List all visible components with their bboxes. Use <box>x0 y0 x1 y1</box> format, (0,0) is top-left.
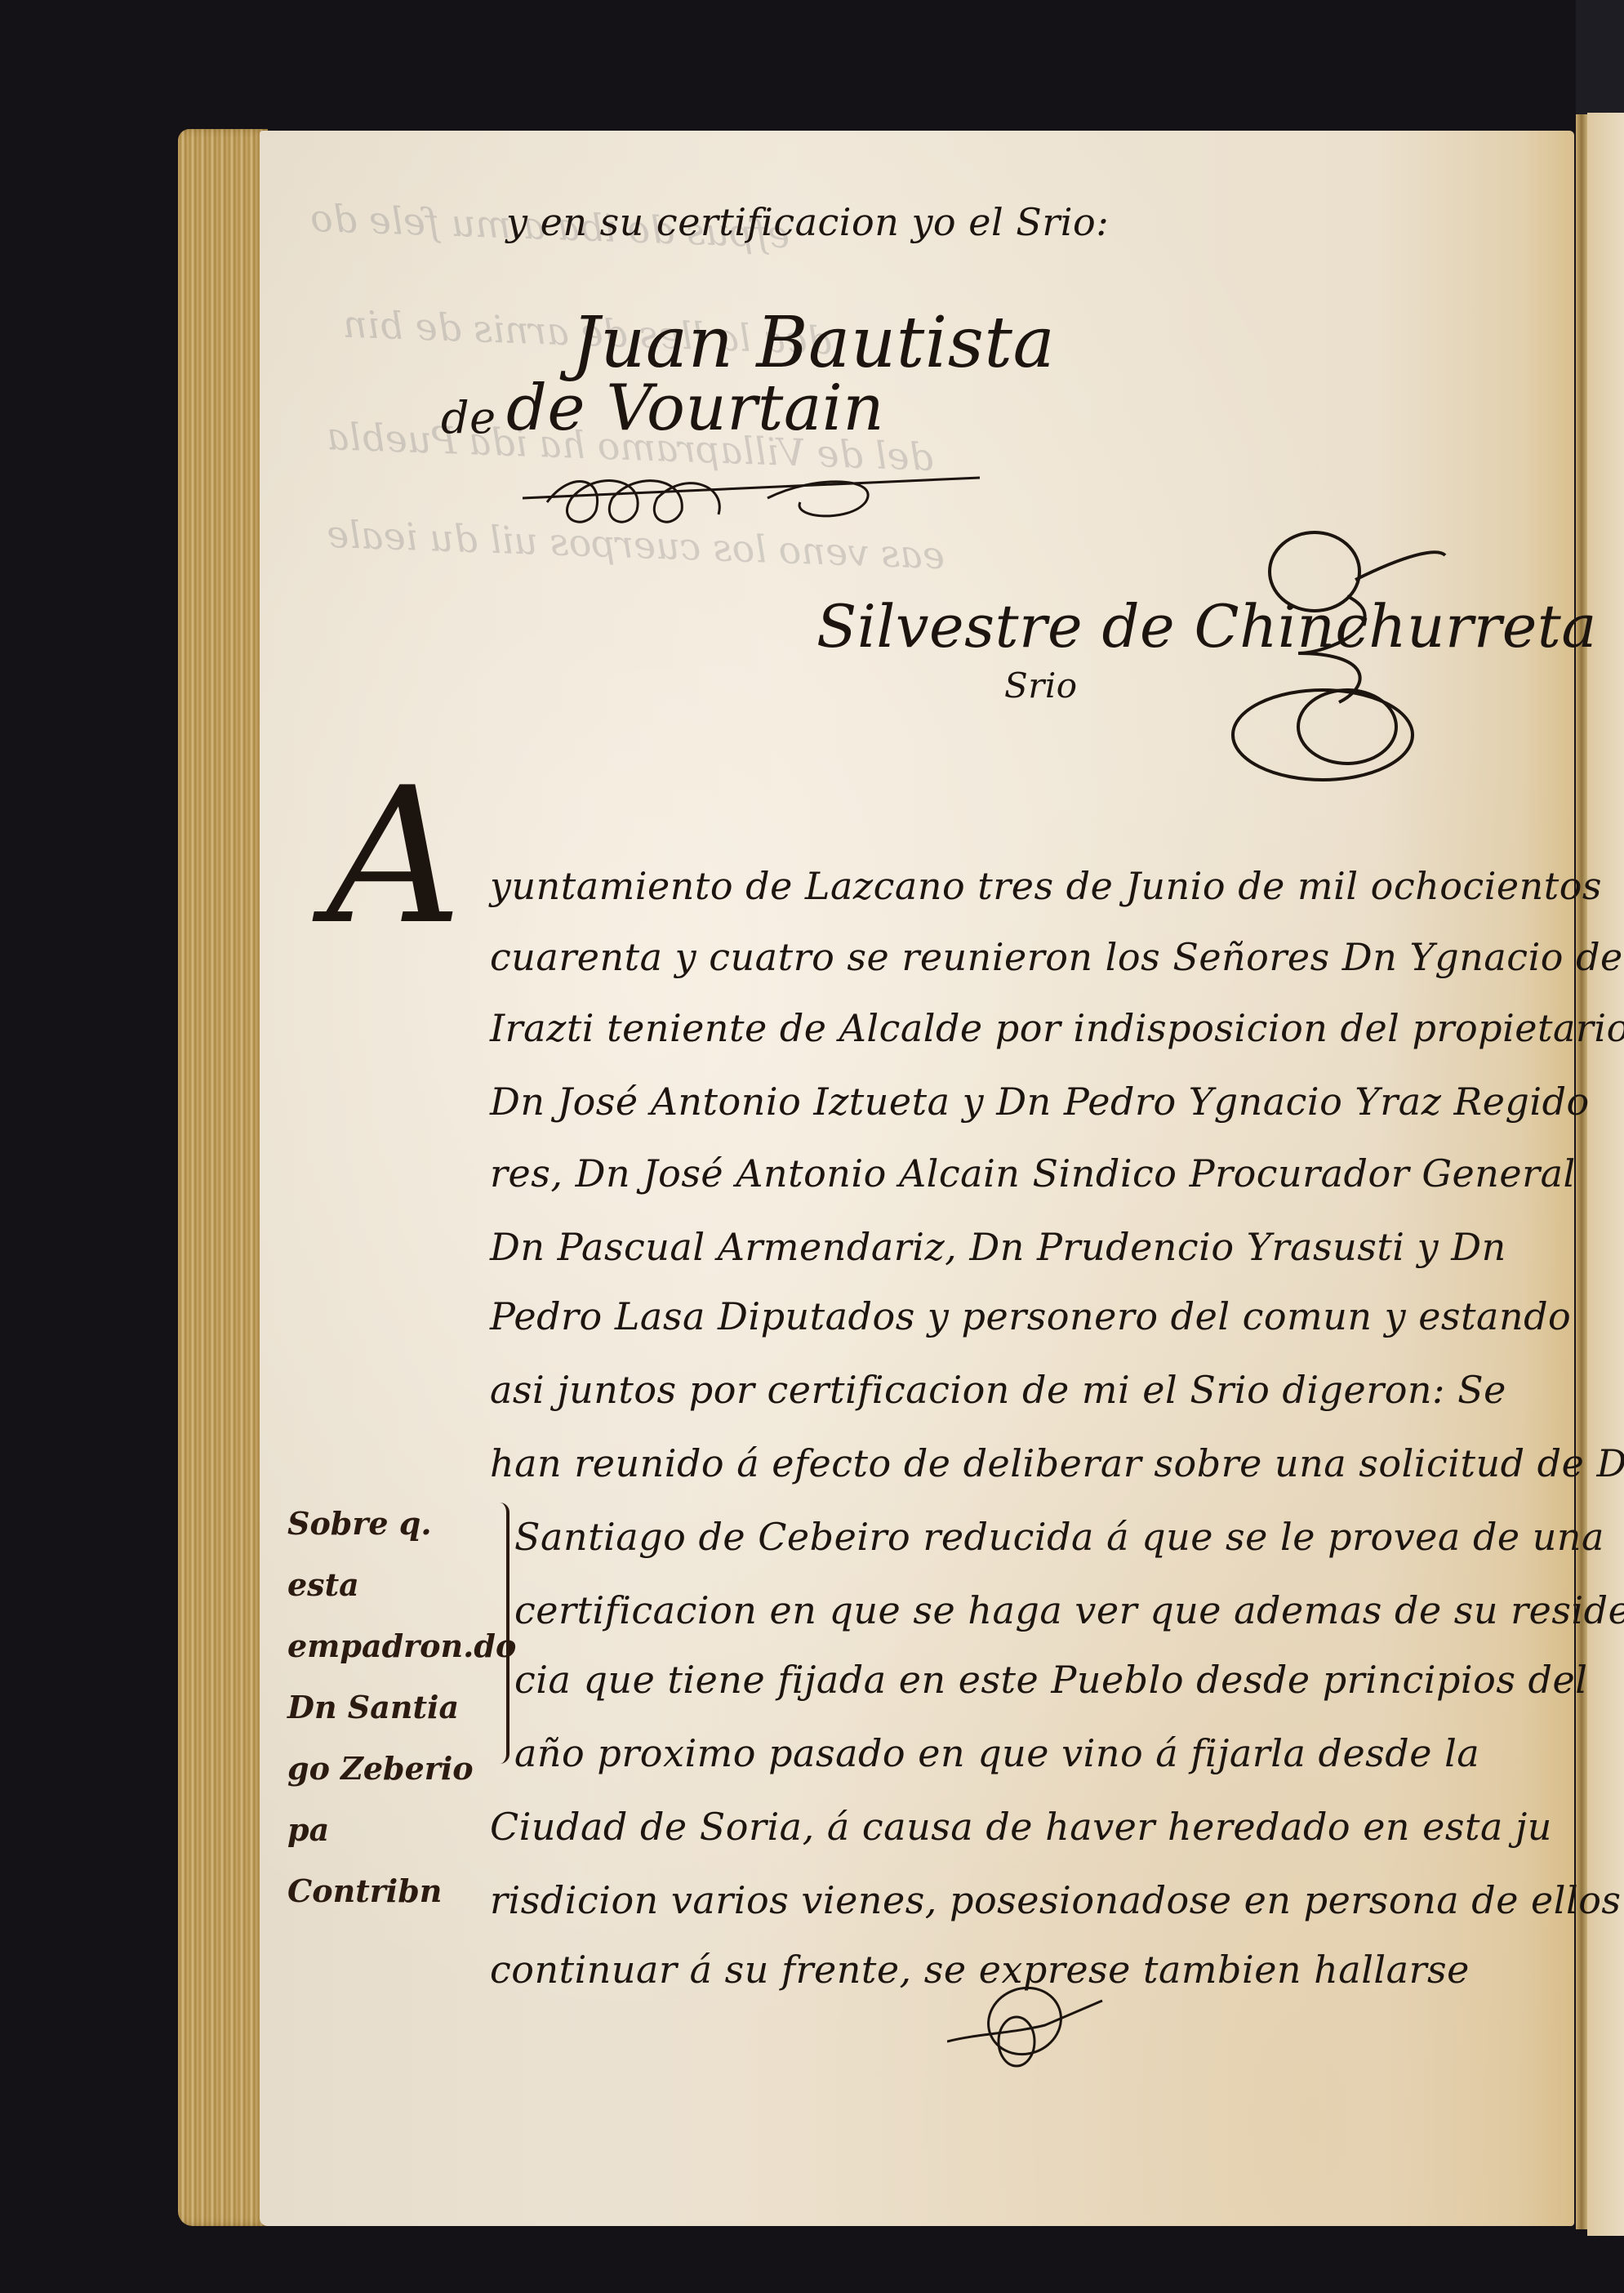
page-edges <box>178 129 268 2226</box>
body-line-12: cia que tiene fijada en este Pueblo desd… <box>514 1658 1587 1702</box>
body-line-15: risdicion varios vienes, posesionadose e… <box>490 1878 1624 1922</box>
signature-title-srio: Srio <box>1004 666 1078 706</box>
decorated-initial: A <box>327 764 462 951</box>
body-line-5: res, Dn José Antonio Alcain Sindico Proc… <box>490 1151 1576 1195</box>
margin-note-line: Sobre q. esta <box>287 1493 492 1615</box>
body-line-13: año proximo pasado en que vino á fijarla… <box>514 1731 1479 1775</box>
signature-surname: de Vourtain <box>506 372 884 445</box>
body-line-7: Pedro Lasa Diputados y personero del com… <box>490 1294 1571 1338</box>
margin-note-line: pa Contribn <box>287 1799 492 1921</box>
margin-brace <box>495 1503 509 1764</box>
margin-note-line: empadron.do <box>287 1615 492 1676</box>
signature-flourish-1 <box>523 453 1029 535</box>
body-line-10: Santiago de Cebeiro reducida á que se le… <box>514 1515 1604 1559</box>
signature-silvestre: Silvestre de Chinchurreta <box>816 592 1597 661</box>
body-line-14: Ciudad de Soria, á causa de haver hereda… <box>490 1805 1552 1849</box>
body-line-1: yuntamiento de Lazcano tres de Junio de … <box>490 864 1602 908</box>
body-line-11: certificacion en que se haga ver que ade… <box>514 1588 1624 1632</box>
footer-rubric <box>947 1976 1110 2074</box>
body-line-6: Dn Pascual Armendariz, Dn Prudencio Yras… <box>490 1225 1506 1269</box>
margin-note: Sobre q. esta empadron.do Dn Santia go Z… <box>287 1493 492 1921</box>
body-line-9: han reunido á efecto de deliberar sobre … <box>490 1441 1624 1485</box>
signature-flourish-2 <box>1208 523 1453 792</box>
margin-note-line: Dn Santia <box>287 1676 492 1738</box>
body-line-3: Irazti teniente de Alcalde por indisposi… <box>490 1006 1624 1050</box>
signature-de: de <box>441 392 496 443</box>
body-line-2: cuarenta y cuatro se reunieron los Señor… <box>490 935 1623 979</box>
body-line-8: asi juntos por certificacion de mi el Sr… <box>490 1368 1506 1412</box>
margin-note-line: go Zeberio <box>287 1738 492 1799</box>
backdrop <box>1576 0 1624 114</box>
opening-line: y en su certificacion yo el Srio: <box>506 200 1109 244</box>
body-line-4: Dn José Antonio Iztueta y Dn Pedro Ygnac… <box>490 1080 1590 1124</box>
